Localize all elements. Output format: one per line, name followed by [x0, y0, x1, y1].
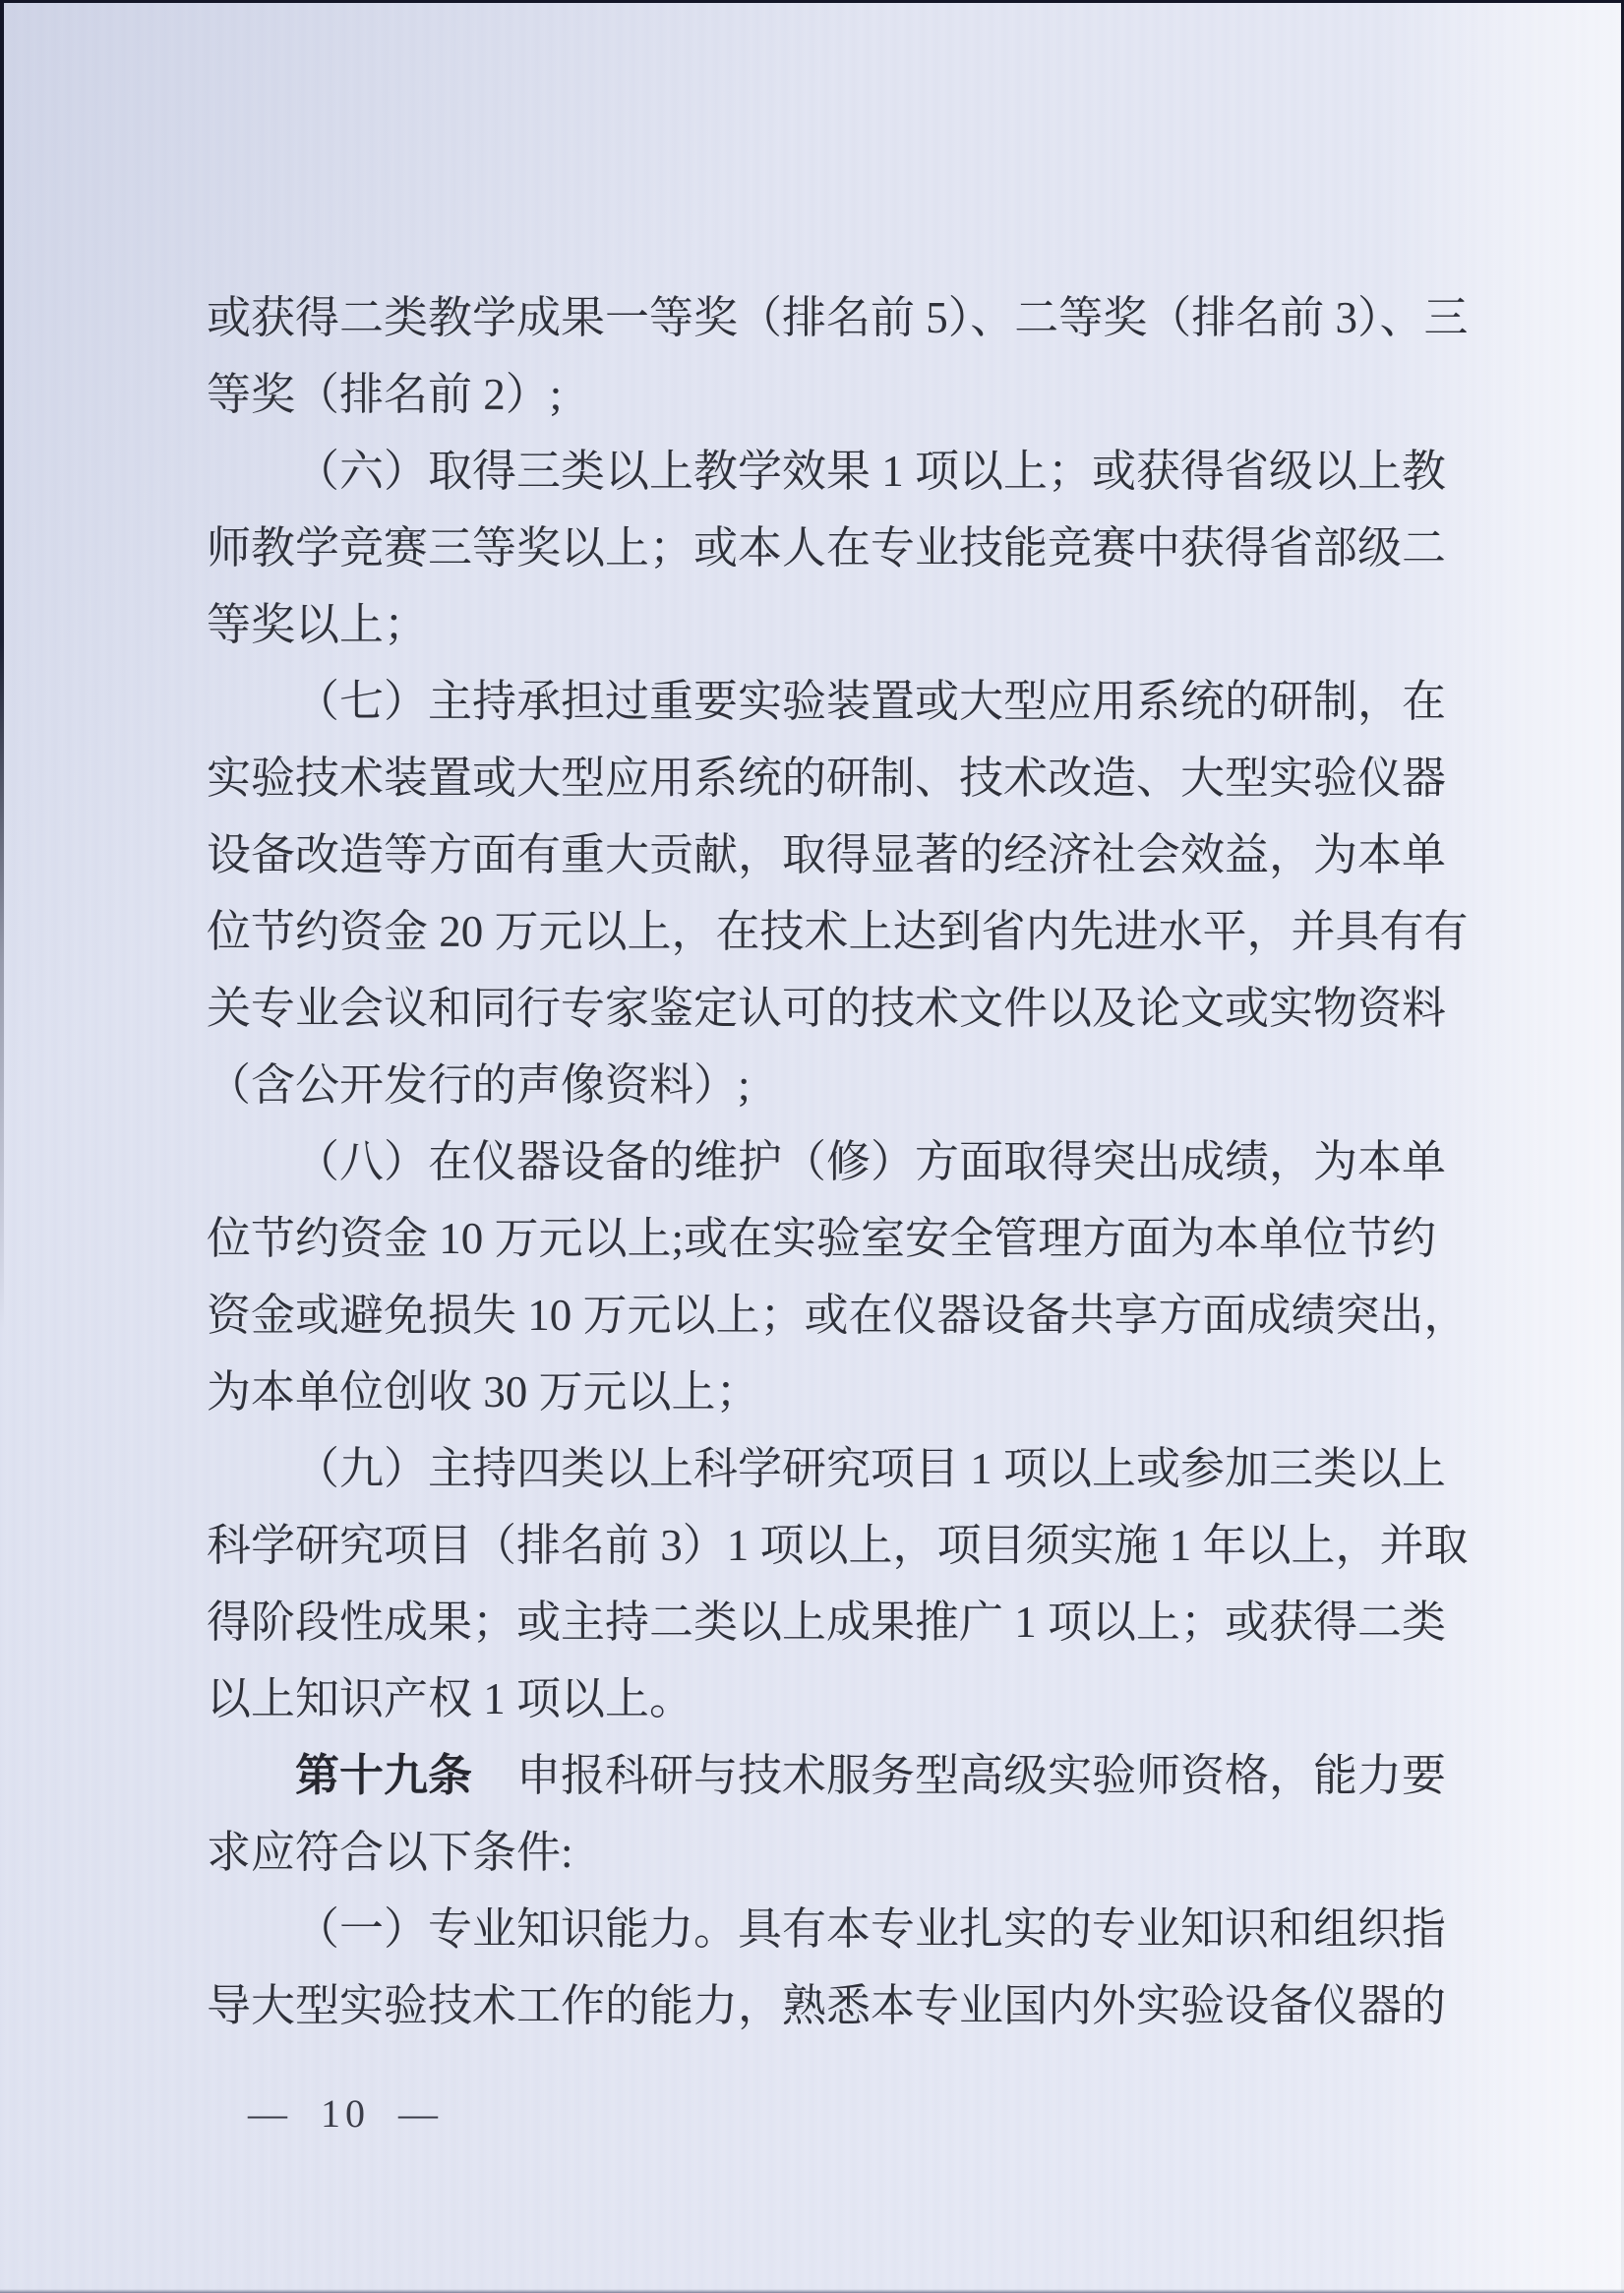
text-line: 以上知识产权 1 项以上。 [207, 1660, 1426, 1737]
text-line: 位节约资金 10 万元以上;或在实验室安全管理方面为本单位节约 [207, 1200, 1426, 1277]
text-run: 导大型实验技术工作的能力，熟悉本专业国内外实验设备仪器的 [207, 1981, 1446, 2030]
text-line: 资金或避免损失 10 万元以上；或在仪器设备共享方面成绩突出， [207, 1277, 1426, 1354]
text-line: （六）取得三类以上教学效果 1 项以上；或获得省级以上教 [207, 433, 1426, 510]
text-line: 等奖（排名前 2）; [207, 356, 1426, 433]
text-run: 或获得二类教学成果一等奖（排名前 5）、二等奖（排名前 3）、三 [207, 293, 1469, 342]
text-run: （九）主持四类以上科学研究项目 1 项以上或参加三类以上 [295, 1444, 1446, 1493]
text-run: 为本单位创收 30 万元以上； [207, 1367, 760, 1417]
text-run: 申报科研与技术服务型高级实验师资格，能力要 [472, 1751, 1446, 1800]
text-line: 或获得二类教学成果一等奖（排名前 5）、二等奖（排名前 3）、三 [207, 279, 1426, 356]
text-run: 科学研究项目（排名前 3）1 项以上，项目须实施 1 年以上，并取 [207, 1521, 1469, 1570]
text-line: 位节约资金 20 万元以上，在技术上达到省内先进水平，并具有有 [207, 893, 1426, 970]
text-line: （八）在仪器设备的维护（修）方面取得突出成绩，为本单 [207, 1123, 1426, 1200]
text-line: 设备改造等方面有重大贡献，取得显著的经济社会效益，为本单 [207, 816, 1426, 893]
text-run: 求应符合以下条件: [207, 1828, 573, 1877]
text-run: 位节约资金 10 万元以上;或在实验室安全管理方面为本单位节约 [207, 1214, 1436, 1263]
text-run: （七）主持承担过重要实验装置或大型应用系统的研制，在 [295, 677, 1446, 726]
text-run: 等奖以上； [207, 600, 428, 649]
text-run: （一）专业知识能力。具有本专业扎实的专业知识和组织指 [295, 1904, 1446, 1954]
text-run: （含公开发行的声像资料）; [207, 1060, 751, 1110]
text-line: 导大型实验技术工作的能力，熟悉本专业国内外实验设备仪器的 [207, 1967, 1426, 2044]
document-text-block: 或获得二类教学成果一等奖（排名前 5）、二等奖（排名前 3）、三等奖（排名前 2… [207, 279, 1426, 2044]
scan-edge-bottom [0, 2289, 1624, 2293]
text-line: 关专业会议和同行专家鉴定认可的技术文件以及论文或实物资料 [207, 970, 1426, 1047]
text-line: 科学研究项目（排名前 3）1 项以上，项目须实施 1 年以上，并取 [207, 1507, 1426, 1584]
text-line: 求应符合以下条件: [207, 1814, 1426, 1891]
text-line: 第十九条 申报科研与技术服务型高级实验师资格，能力要 [207, 1737, 1426, 1814]
text-run: 以上知识产权 1 项以上。 [207, 1674, 693, 1723]
text-run: 得阶段性成果；或主持二类以上成果推广 1 项以上；或获得二类 [207, 1598, 1446, 1647]
text-line: （含公开发行的声像资料）; [207, 1047, 1426, 1123]
text-line: 实验技术装置或大型应用系统的研制、技术改造、大型实验仪器 [207, 740, 1426, 816]
article-number-heading: 第十九条 [295, 1750, 472, 1800]
text-run: 实验技术装置或大型应用系统的研制、技术改造、大型实验仪器 [207, 754, 1446, 803]
text-run: 位节约资金 20 万元以上，在技术上达到省内先进水平，并具有有 [207, 907, 1469, 956]
text-line: （七）主持承担过重要实验装置或大型应用系统的研制，在 [207, 663, 1426, 740]
text-line: 得阶段性成果；或主持二类以上成果推广 1 项以上；或获得二类 [207, 1584, 1426, 1660]
text-run: 资金或避免损失 10 万元以上；或在仪器设备共享方面成绩突出， [207, 1291, 1469, 1340]
text-run: 师教学竞赛三等奖以上；或本人在专业技能竞赛中获得省部级二 [207, 523, 1446, 573]
page-number: — 10 — [248, 2092, 443, 2136]
text-line: （九）主持四类以上科学研究项目 1 项以上或参加三类以上 [207, 1430, 1426, 1507]
text-run: 设备改造等方面有重大贡献，取得显著的经济社会效益，为本单 [207, 830, 1446, 879]
text-run: 关专业会议和同行专家鉴定认可的技术文件以及论文或实物资料 [207, 984, 1446, 1033]
scan-edge-left [0, 0, 4, 2293]
scan-edge-top [0, 0, 1624, 3]
scanned-page: 或获得二类教学成果一等奖（排名前 5）、二等奖（排名前 3）、三等奖（排名前 2… [0, 0, 1624, 2293]
text-run: （六）取得三类以上教学效果 1 项以上；或获得省级以上教 [295, 447, 1446, 496]
text-line: 为本单位创收 30 万元以上； [207, 1354, 1426, 1430]
text-line: 师教学竞赛三等奖以上；或本人在专业技能竞赛中获得省部级二 [207, 510, 1426, 586]
text-line: （一）专业知识能力。具有本专业扎实的专业知识和组织指 [207, 1891, 1426, 1967]
text-run: 等奖（排名前 2）; [207, 370, 562, 419]
text-line: 等奖以上； [207, 586, 1426, 663]
text-run: （八）在仪器设备的维护（修）方面取得突出成绩，为本单 [295, 1137, 1446, 1186]
